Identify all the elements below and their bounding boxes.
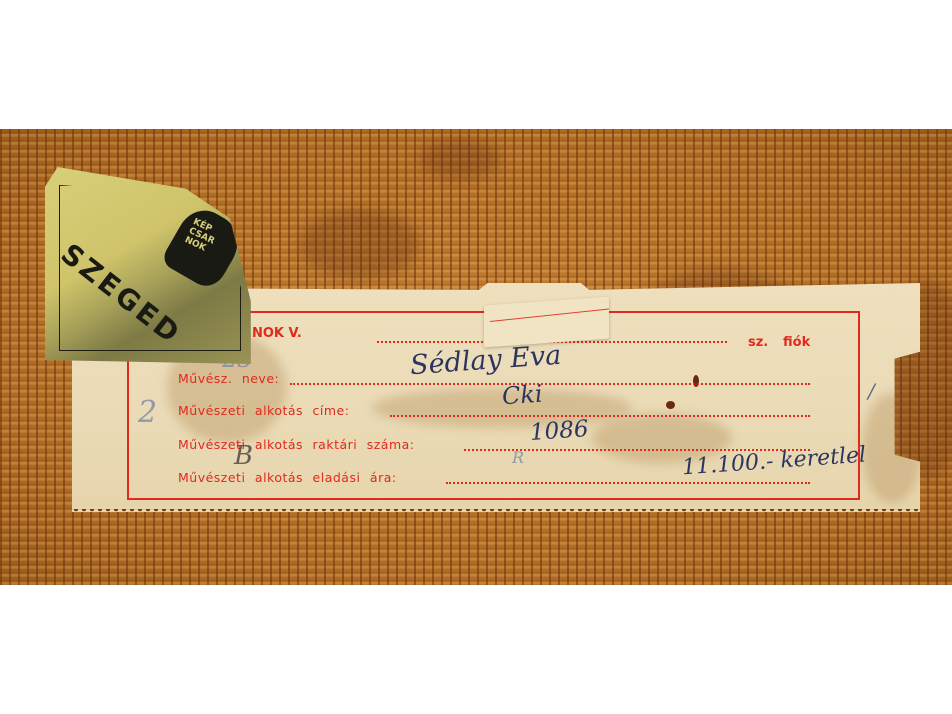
pencil-mark-r: R [512,448,524,467]
pencil-tick-right: / [868,379,875,403]
field-label-artist: Művész. neve: [178,371,279,386]
dotted-line [290,383,810,385]
field-label-price: Művészeti alkotás eladási ára: [178,470,397,485]
dotted-line [390,415,810,417]
torn-paper-flap [484,297,609,348]
field-label-inventory: Művészeti alkotás raktári száma: [178,437,415,452]
pencil-number-left: 2 [138,395,157,430]
form-header-sz: sz. [748,335,768,350]
canvas-stain [300,209,420,279]
field-label-title: Művészeti alkotás címe: [178,403,349,418]
handwritten-inventory-number: 1086 [529,416,589,446]
handwritten-title: Cki [501,380,543,411]
pencil-mark-bottom: B [234,441,253,471]
canvas-stain [420,139,500,179]
form-header-fiok: fiók [783,335,810,350]
form-header-left: NOK V. [252,326,302,341]
dotted-line [446,482,810,484]
logo-text: KÉP CSAR NOK [183,217,220,256]
